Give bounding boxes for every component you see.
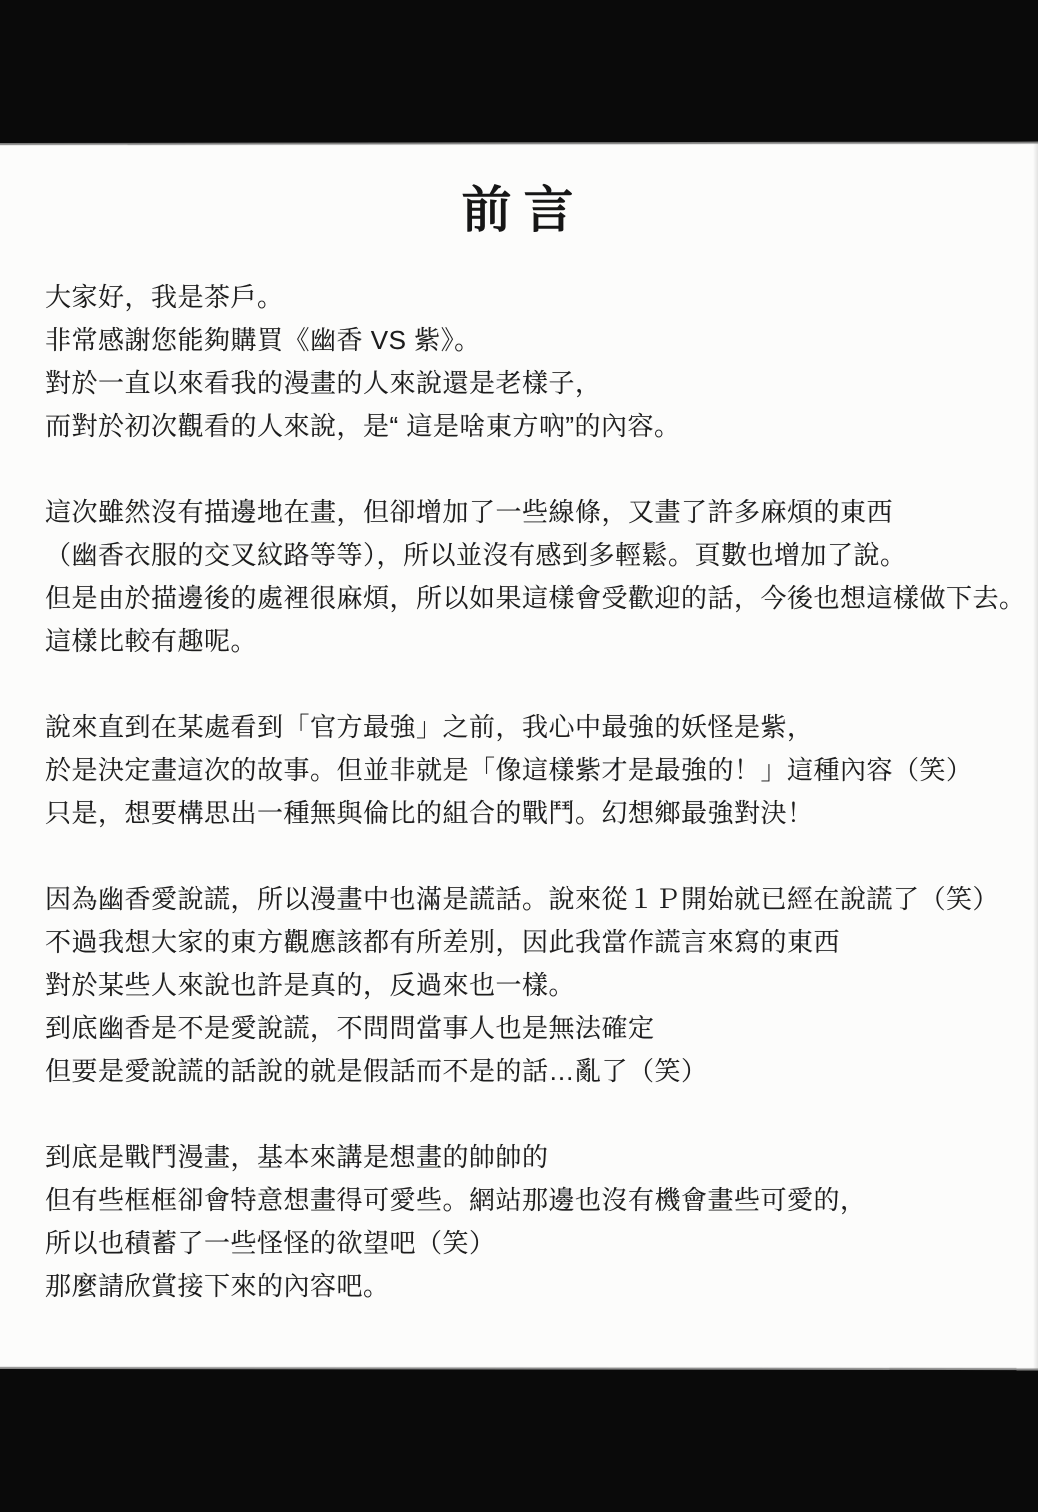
paragraph: 因為幽香愛說謊，所以漫畫中也滿是謊話。說來從１Ｐ開始就已經在說謊了（笑）不過我想… [45,878,1010,1093]
paragraph: 說來直到在某處看到「官方最強」之前，我心中最強的妖怪是紫，於是決定畫這次的故事。… [45,706,1010,835]
text-line: 對於一直以來看我的漫畫的人來說還是老樣子， [45,368,602,398]
scanned-page: 前言 大家好，我是茶戶。非常感謝您能夠購買《幽香 VS 紫》。對於一直以來看我的… [0,143,1038,1351]
text-line: 但有些框框卻會特意想畫得可愛些。網站那邊也沒有機會畫些可愛的， [45,1185,867,1215]
paragraph: 這次雖然沒有描邊地在畫，但卻增加了一些線條，又畫了許多麻煩的東西（幽香衣服的交叉… [45,491,1010,663]
paragraph: 大家好，我是茶戶。非常感謝您能夠購買《幽香 VS 紫》。對於一直以來看我的漫畫的… [45,276,1010,448]
text-line: 所以也積蓄了一些怪怪的欲望吧（笑） [45,1228,496,1258]
text-line: 到底是戰鬥漫畫，基本來講是想畫的帥帥的 [45,1142,549,1172]
text-line: 這樣比較有趣呢。 [45,626,257,656]
text-line: 這次雖然沒有描邊地在畫，但卻增加了一些線條，又畫了許多麻煩的東西 [45,497,893,527]
paragraph: 到底是戰鬥漫畫，基本來講是想畫的帥帥的但有些框框卻會特意想畫得可愛些。網站那邊也… [45,1136,1010,1308]
text-line: 但要是愛說謊的話說的就是假話而不是的話…亂了（笑） [45,1056,708,1086]
text-line: 因為幽香愛說謊，所以漫畫中也滿是謊話。說來從１Ｐ開始就已經在說謊了（笑） [45,884,999,914]
page-title: 前言 [45,180,990,240]
text-line: （幽香衣服的交叉紋路等等），所以並沒有感到多輕鬆。頁數也增加了說。 [45,540,907,570]
bottom-scan-border [0,1369,1038,1512]
text-line: 不過我想大家的東方觀應該都有所差別，因此我當作謊言來寫的東西 [45,927,840,957]
top-scan-border [0,0,1038,143]
text-line: 對於某些人來說也許是真的，反過來也一樣。 [45,970,575,1000]
text-line: 只是，想要構思出一種無與倫比的組合的戰鬥。幻想鄉最強對決！ [45,798,814,828]
text-line: 但是由於描邊後的處裡很麻煩，所以如果這樣會受歡迎的話，今後也想這樣做下去。 [45,583,1026,613]
text-line: 到底幽香是不是愛說謊，不問問當事人也是無法確定 [45,1013,655,1043]
text-line: 說來直到在某處看到「官方最強」之前，我心中最強的妖怪是紫， [45,712,814,742]
text-line: 而對於初次觀看的人來說，是“ 這是啥東方吶”的內容。 [45,411,681,441]
text-line: 非常感謝您能夠購買《幽香 VS 紫》。 [45,325,481,355]
text-line: 於是決定畫這次的故事。但並非就是「像這樣紫才是最強的！」這種內容（笑） [45,755,973,785]
preface-paragraphs: 大家好，我是茶戶。非常感謝您能夠購買《幽香 VS 紫》。對於一直以來看我的漫畫的… [45,276,1010,1308]
text-line: 那麼請欣賞接下來的內容吧。 [45,1271,390,1301]
text-line: 大家好，我是茶戶。 [45,282,284,312]
